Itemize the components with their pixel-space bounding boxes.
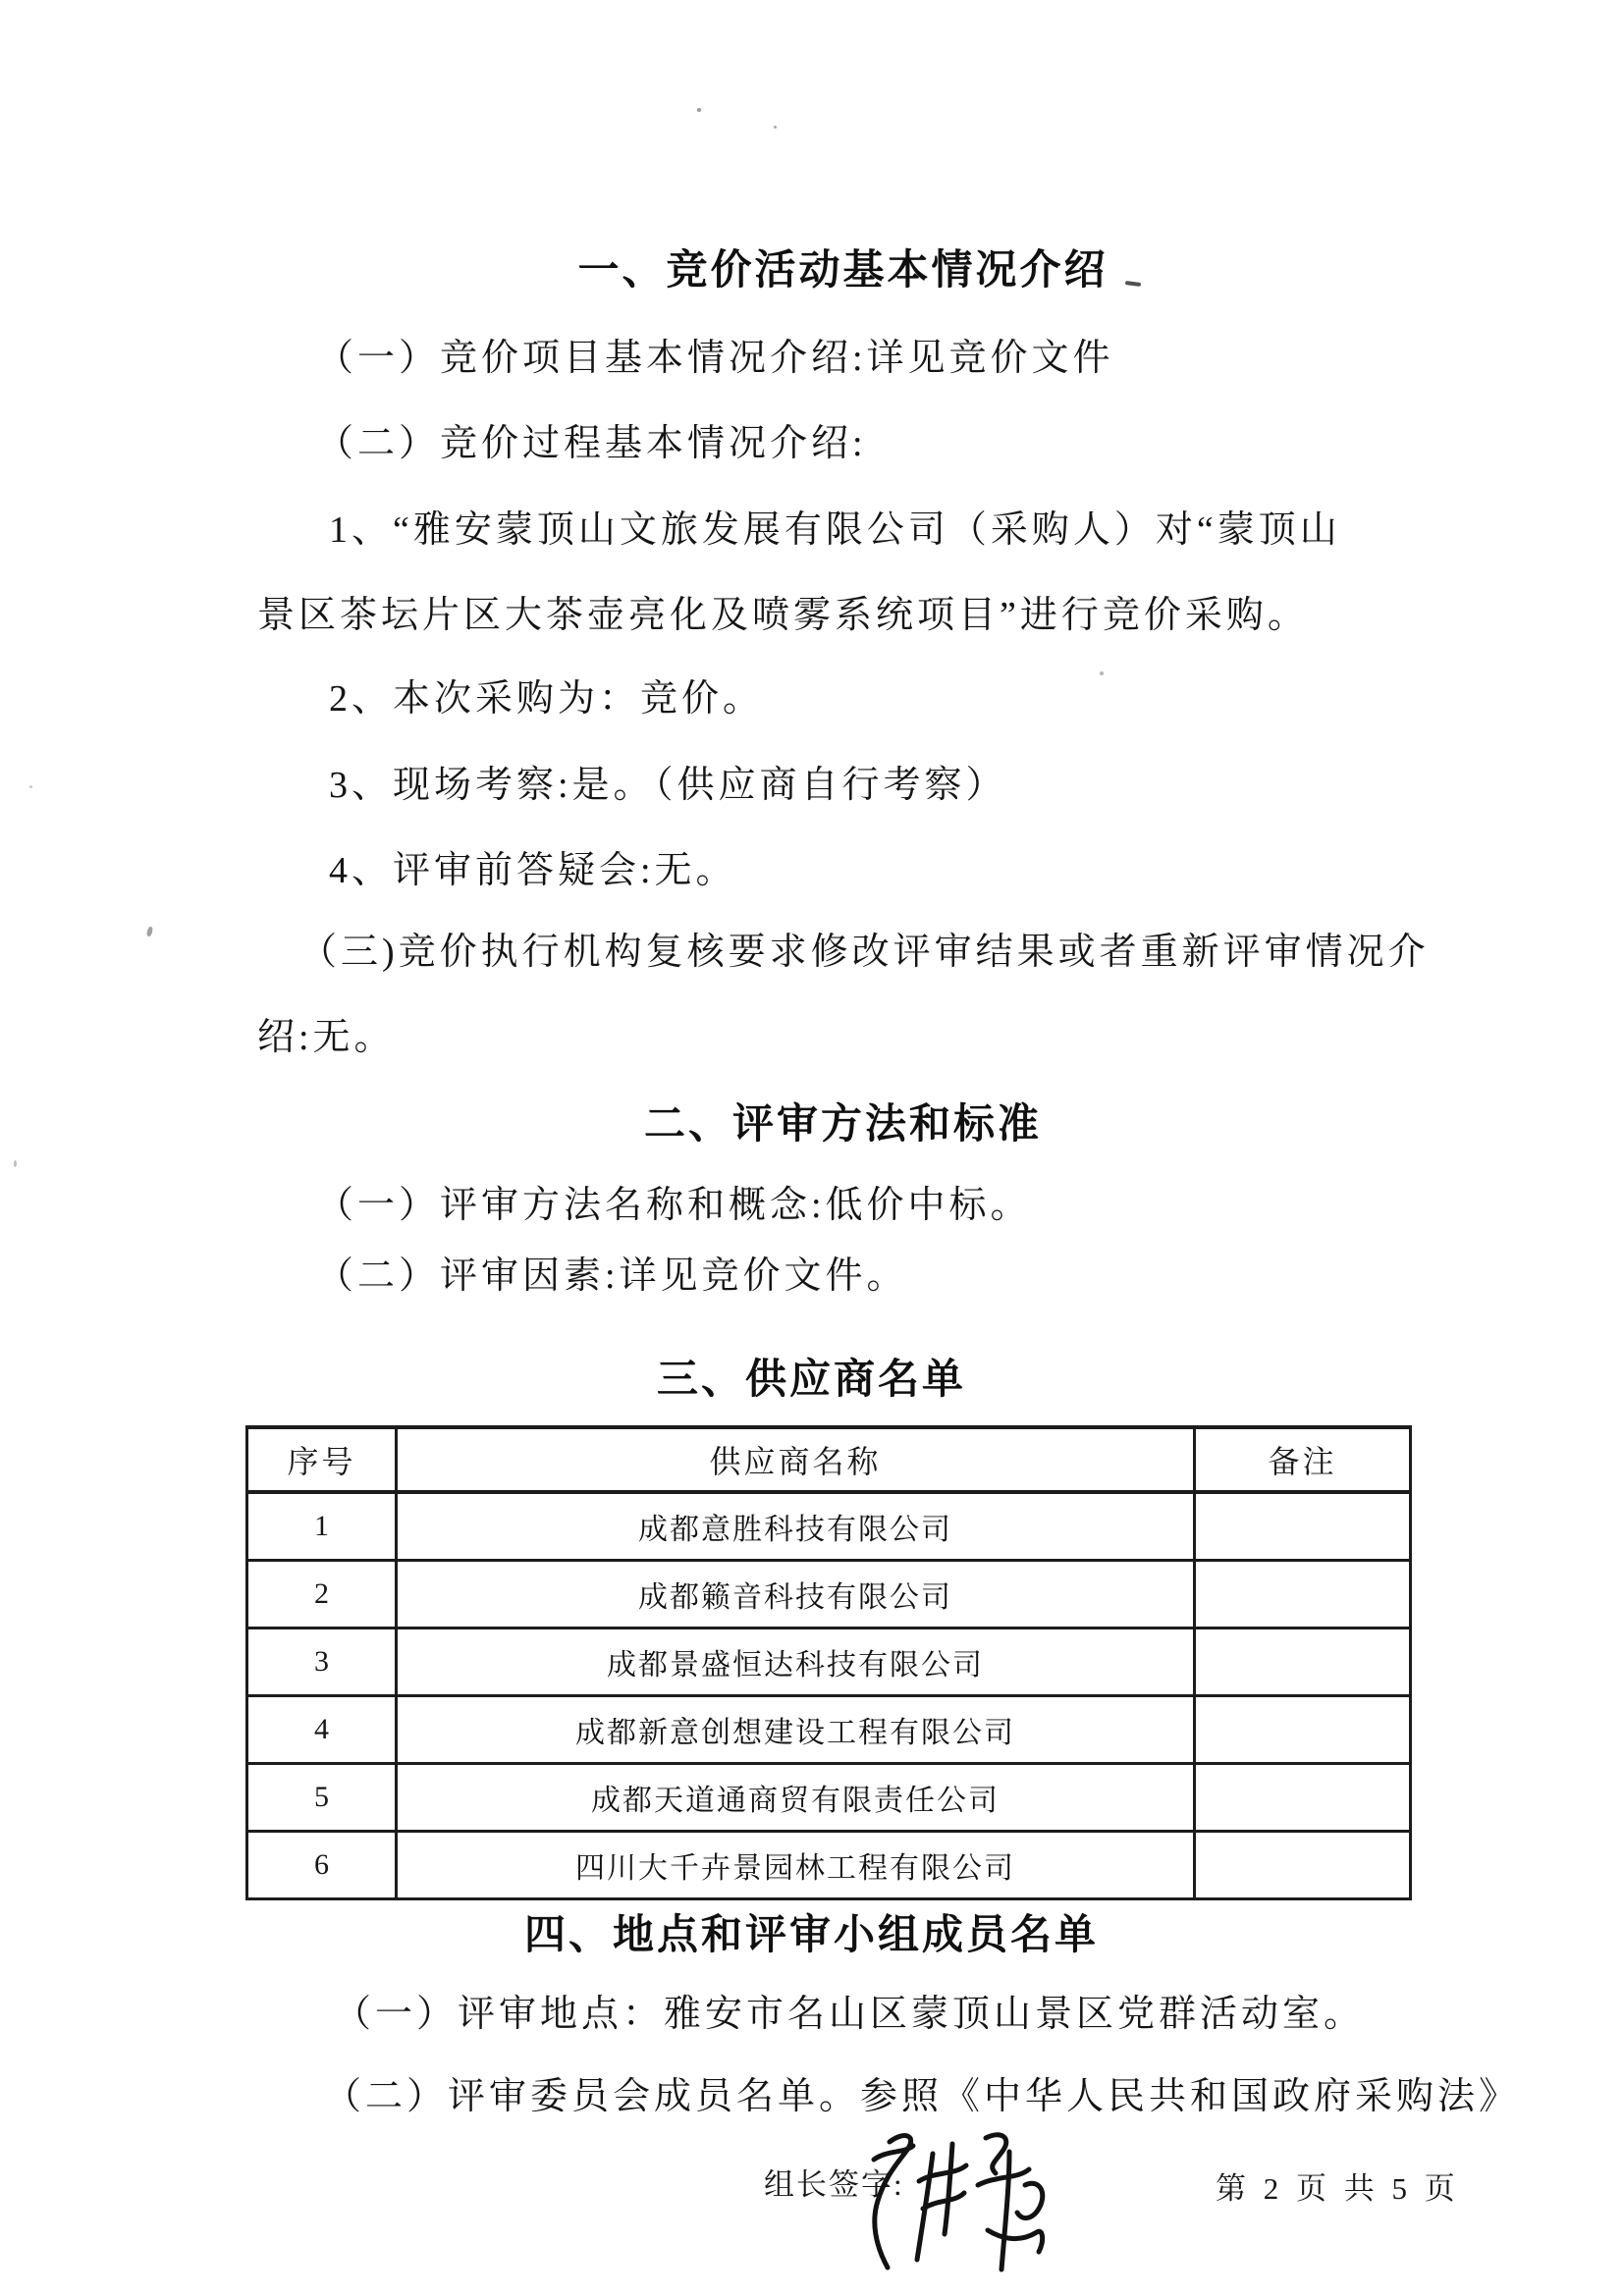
- table-row: 1 成都意胜科技有限公司: [247, 1492, 1411, 1561]
- row-number-cell: 5: [247, 1764, 397, 1832]
- paragraph-procurement-type: 2、本次采购为：竞价。: [329, 680, 764, 718]
- row-number-cell: 6: [247, 1832, 397, 1899]
- paragraph-project-overview: （一）竞价项目基本情况介绍:详见竞价文件: [316, 340, 1114, 377]
- scan-speck: [146, 927, 153, 937]
- supplier-table: 序号 供应商名称 备注 1 成都意胜科技有限公司 2 成都籁音科技有限公司 3 …: [245, 1425, 1412, 1900]
- section-heading-review-method: 二、评审方法和标准: [31, 1103, 1623, 1145]
- scan-speck: [697, 108, 701, 112]
- col-header-note: 备注: [1195, 1427, 1411, 1492]
- col-header-index: 序号: [247, 1427, 397, 1492]
- note-cell: [1195, 1764, 1411, 1832]
- paragraph-review-factors: （二）评审因素:详见竞价文件。: [316, 1257, 908, 1295]
- supplier-name-cell: 成都意胜科技有限公司: [397, 1492, 1195, 1561]
- paragraph-review-method-name: （一）评审方法名称和概念:低价中标。: [316, 1187, 1032, 1224]
- supplier-name-cell: 成都籁音科技有限公司: [397, 1561, 1195, 1629]
- supplier-name-cell: 成都天道通商贸有限责任公司: [397, 1764, 1195, 1832]
- scan-speck: [774, 126, 777, 129]
- page-indicator: 第 2 页 共 5 页: [1216, 2163, 1460, 2208]
- section-heading-location-panel: 四、地点和评审小组成员名单: [0, 1914, 1623, 1955]
- supplier-name-cell: 四川大千卉景园林工程有限公司: [397, 1832, 1195, 1899]
- paragraph-review-committee: （二）评审委员会成员名单。参照《中华人民共和国政府采购法》: [324, 2078, 1520, 2115]
- paragraph-site-visit: 3、现场考察:是。（供应商自行考察）: [329, 767, 1007, 804]
- note-cell: [1195, 1696, 1411, 1764]
- row-number-cell: 2: [247, 1561, 397, 1629]
- paragraph-pre-review-qa: 4、评审前答疑会:无。: [329, 852, 737, 889]
- table-row: 3 成都景盛恒达科技有限公司: [247, 1629, 1411, 1696]
- row-number-cell: 3: [247, 1629, 397, 1696]
- table-row: 6 四川大千卉景园林工程有限公司: [247, 1832, 1411, 1899]
- note-cell: [1195, 1561, 1411, 1629]
- paragraph-purchaser-line1: 1、“雅安蒙顶山文旅发展有限公司（采购人）对“蒙顶山: [329, 511, 1341, 549]
- supplier-name-cell: 成都景盛恒达科技有限公司: [397, 1629, 1195, 1696]
- paragraph-review-revision-line1: （三)竞价执行机构复核要求修改评审结果或者重新评审情况介: [299, 934, 1430, 971]
- row-number-cell: 1: [247, 1492, 397, 1561]
- table-row: 5 成都天道通商贸有限责任公司: [247, 1764, 1411, 1832]
- table-row: 2 成都籁音科技有限公司: [247, 1561, 1411, 1629]
- supplier-name-cell: 成都新意创想建设工程有限公司: [397, 1696, 1195, 1764]
- paragraph-process-overview: （二）竞价过程基本情况介绍:: [316, 425, 867, 462]
- note-cell: [1195, 1629, 1411, 1696]
- row-number-cell: 4: [247, 1696, 397, 1764]
- note-cell: [1195, 1832, 1411, 1899]
- paragraph-review-location: （一）评审地点：雅安市名山区蒙顶山景区党群活动室。: [334, 1996, 1365, 2033]
- table-header-row: 序号 供应商名称 备注: [247, 1427, 1411, 1492]
- signature-handwriting: [856, 2120, 1082, 2289]
- paragraph-review-revision-line2: 绍:无。: [257, 1019, 396, 1056]
- col-header-supplier-name: 供应商名称: [397, 1427, 1195, 1492]
- scan-speck: [29, 785, 32, 788]
- paragraph-purchaser-line2: 景区茶坛片区大茶壶亮化及喷雾系统项目”进行竞价采购。: [257, 597, 1309, 634]
- note-cell: [1195, 1492, 1411, 1561]
- table-row: 4 成都新意创想建设工程有限公司: [247, 1696, 1411, 1764]
- scan-speck: [14, 1160, 17, 1167]
- section-heading-bidding-overview: 一、竞价活动基本情况介绍: [31, 249, 1623, 291]
- scan-speck: [1100, 671, 1104, 675]
- document-page: 一、竞价活动基本情况介绍 （一）竞价项目基本情况介绍:详见竞价文件 （二）竞价过…: [0, 0, 1623, 2296]
- section-heading-supplier-list: 三、供应商名单: [0, 1359, 1623, 1400]
